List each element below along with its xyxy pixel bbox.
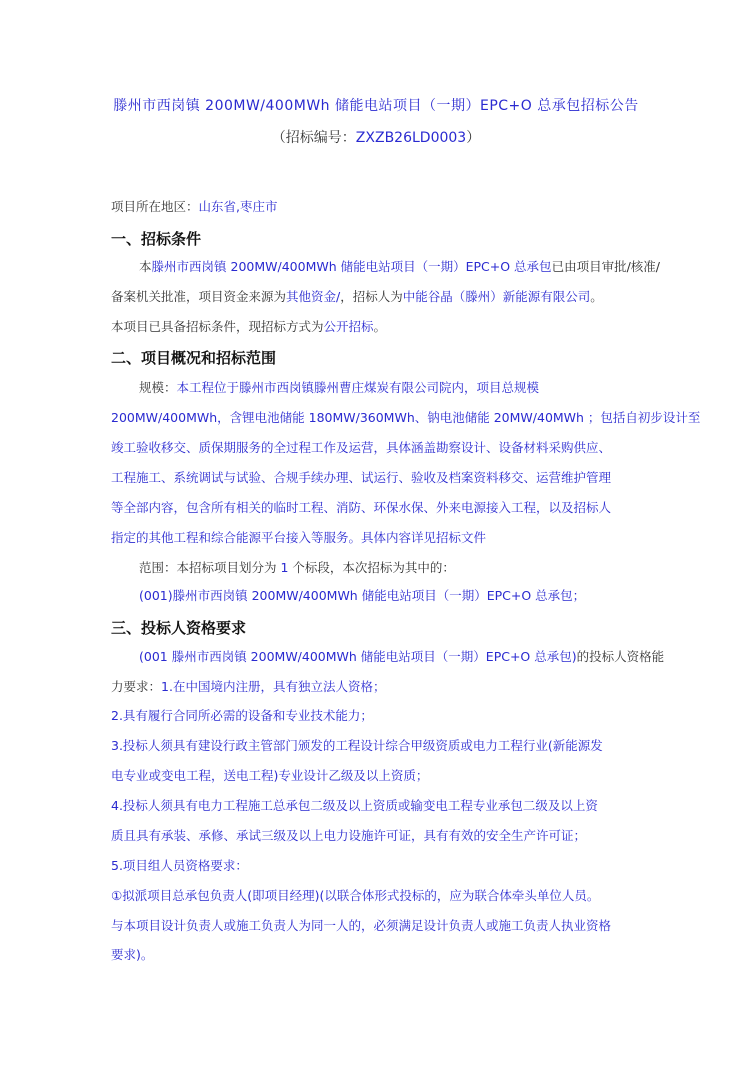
text: 个标段，本次招标为其中的： bbox=[288, 560, 454, 575]
text: 已由项目审批/核准/ bbox=[552, 259, 660, 274]
tender-method: 公开招标 bbox=[324, 319, 374, 334]
fund-source: 其他资金/ bbox=[286, 289, 340, 304]
region-line: 项目所在地区：山东省,枣庄市 bbox=[111, 199, 651, 215]
paragraph-line: 本项目已具备招标条件，现招标方式为公开招标。 bbox=[111, 319, 651, 335]
bid-number: ZXZB26LD0003 bbox=[356, 130, 466, 146]
document-page: 滕州市西岗镇 200MW/400MWh 储能电站项目（一期）EPC+O 总承包招… bbox=[0, 0, 752, 1076]
section-heading-1: 一、招标条件 bbox=[111, 228, 201, 249]
paragraph-line: 要求)。 bbox=[111, 947, 651, 963]
paragraph-line: 本滕州市西岗镇 200MW/400MWh 储能电站项目（一期）EPC+O 总承包… bbox=[139, 259, 679, 275]
paragraph-line: 4.投标人须具有电力工程施工总承包二级及以上资质或输变电工程专业承包二级及以上资 bbox=[111, 798, 651, 814]
paragraph-line: 范围：本招标项目划分为 1 个标段，本次招标为其中的： bbox=[139, 560, 679, 576]
paragraph-line: 备案机关批准，项目资金来源为其他资金/，招标人为中能谷晶（滕州）新能源有限公司。 bbox=[111, 289, 651, 305]
lot-item: (001)滕州市西岗镇 200MW/400MWh 储能电站项目（一期）EPC+O… bbox=[139, 588, 679, 604]
text: 的投标人资格能 bbox=[577, 649, 665, 664]
paragraph-line: ①拟派项目总承包负责人(即项目经理)(以联合体形式投标的，应为联合体牵头单位人员… bbox=[111, 888, 651, 904]
paragraph-line: 质且具有承装、承修、承试三级及以上电力设施许可证，具有有效的安全生产许可证； bbox=[111, 828, 651, 844]
paragraph-line: 竣工验收移交、质保期服务的全过程工作及运营，具体涵盖勘察设计、设备材料采购供应、 bbox=[111, 440, 651, 456]
paragraph-line: 等全部内容，包含所有相关的临时工程、消防、环保水保、外来电源接入工程，以及招标人 bbox=[111, 500, 651, 516]
bid-number-label: （招标编号： bbox=[272, 130, 356, 146]
text: ，招标人为 bbox=[340, 289, 403, 304]
text: 范围：本招标项目划分为 bbox=[139, 560, 280, 575]
text: 。 bbox=[374, 319, 387, 334]
bid-number-close: ） bbox=[466, 130, 480, 146]
paragraph-line: 200MW/400MWh，含锂电池储能 180MW/360MWh、钠电池储能 2… bbox=[111, 410, 651, 426]
paragraph-line: 工程施工、系统调试与试验、合规手续办理、试运行、验收及档案资料移交、运营维护管理 bbox=[111, 470, 651, 486]
text: 备案机关批准，项目资金来源为 bbox=[111, 289, 286, 304]
bid-number-line: （招标编号：ZXZB26LD0003） bbox=[0, 127, 752, 147]
paragraph-line: 力要求：1.在中国境内注册，具有独立法人资格； bbox=[111, 679, 651, 695]
text: 规模： bbox=[139, 380, 177, 395]
tenderer-name: 中能谷晶（滕州）新能源有限公司 bbox=[403, 289, 591, 304]
paragraph-line: 3.投标人须具有建设行政主管部门颁发的工程设计综合甲级资质或电力工程行业(新能源… bbox=[111, 738, 651, 754]
text: 本项目已具备招标条件，现招标方式为 bbox=[111, 319, 324, 334]
project-name: 滕州市西岗镇 200MW/400MWh 储能电站项目（一期）EPC+O 总承包 bbox=[152, 259, 552, 274]
text: 。 bbox=[590, 289, 603, 304]
paragraph-line: 与本项目设计负责人或施工负责人为同一人的，必须满足设计负责人或施工负责人执业资格 bbox=[111, 918, 651, 934]
paragraph-line: 5.项目组人员资格要求： bbox=[111, 858, 651, 874]
text: 本工程位于滕州市西岗镇滕州曹庄煤炭有限公司院内，项目总规模 bbox=[177, 380, 540, 395]
paragraph-line: 电专业或变电工程，送电工程)专业设计乙级及以上资质； bbox=[111, 768, 651, 784]
text: 1.在中国境内注册，具有独立法人资格； bbox=[161, 679, 385, 694]
section-heading-2: 二、项目概况和招标范围 bbox=[111, 347, 276, 368]
region-value: 山东省,枣庄市 bbox=[199, 199, 278, 214]
paragraph-line: 指定的其他工程和综合能源平台接入等服务。具体内容详见招标文件 bbox=[111, 530, 651, 546]
paragraph-line: (001 滕州市西岗镇 200MW/400MWh 储能电站项目（一期）EPC+O… bbox=[139, 649, 679, 665]
section-heading-3: 三、投标人资格要求 bbox=[111, 617, 246, 638]
text: 力要求： bbox=[111, 679, 161, 694]
region-label: 项目所在地区： bbox=[111, 199, 199, 214]
paragraph-line: 规模：本工程位于滕州市西岗镇滕州曹庄煤炭有限公司院内，项目总规模 bbox=[139, 380, 679, 396]
text: 本 bbox=[139, 259, 152, 274]
text: (001 滕州市西岗镇 200MW/400MWh 储能电站项目（一期）EPC+O… bbox=[139, 649, 577, 664]
paragraph-line: 2.具有履行合同所必需的设备和专业技术能力； bbox=[111, 708, 651, 724]
document-title: 滕州市西岗镇 200MW/400MWh 储能电站项目（一期）EPC+O 总承包招… bbox=[0, 95, 752, 115]
